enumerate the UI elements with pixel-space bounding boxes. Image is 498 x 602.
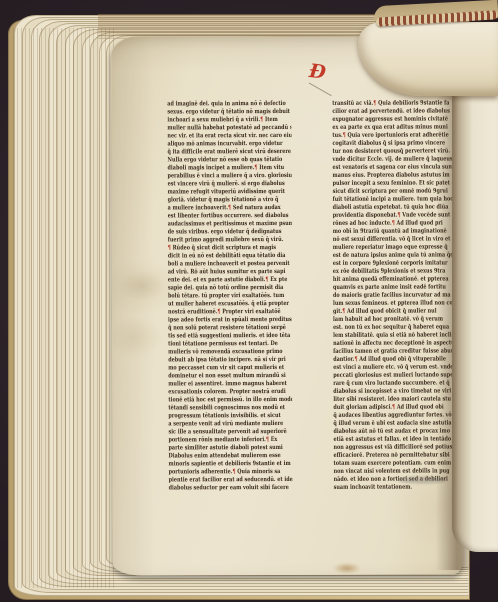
text-column-right: transitū ac viā.¶ Quia debilioris 9stant…: [332, 99, 455, 493]
next-page-edge: [452, 24, 498, 552]
text-line: suam inchoavit tentationem.: [334, 483, 432, 491]
text-column-left: ad imaginē dei. quia in anima nō ē defec…: [167, 100, 292, 494]
text-line: diabolus seductor per eam voluit sibi fa…: [169, 484, 268, 492]
pencil-stroke: [309, 82, 332, 96]
book-photo: Đ ad imaginē dei. quia in anima nō ē def…: [0, 0, 498, 602]
page-stain: [333, 563, 361, 574]
quire-mark: Đ: [308, 60, 327, 84]
ink-smudge: [399, 476, 447, 483]
current-page: Đ ad imaginē dei. quia in anima nō ē def…: [111, 35, 463, 575]
